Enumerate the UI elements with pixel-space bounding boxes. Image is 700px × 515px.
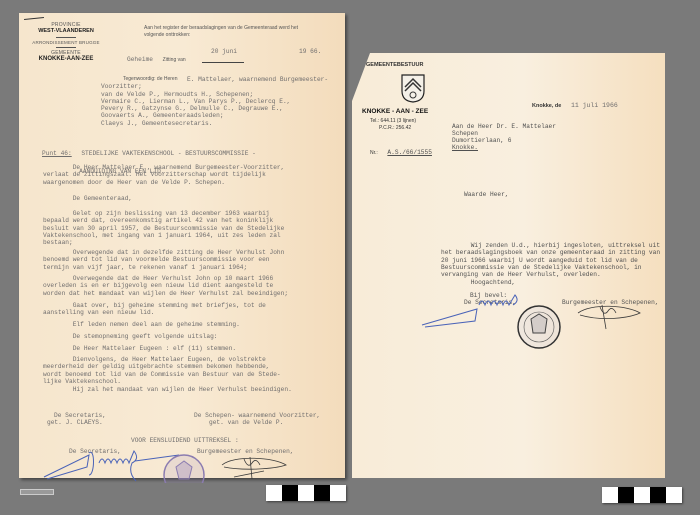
certified-copy-label: VOOR EENSLUIDEND UITTREKSEL :: [131, 437, 239, 444]
session-label: Zitting van: [163, 57, 186, 63]
body-paragraph-11: Hij zal het mandaat van wijlen de Heer V…: [43, 386, 292, 393]
letterhead: PROVINCIE WEST-VLAANDEREN ARRONDISSEMENT…: [21, 22, 111, 62]
body-paragraph-5: Overwegende dat de Heer Verhulst John op…: [43, 275, 288, 297]
body-paragraph-1: De Heer Mattelaer E., waarnemend Burgeme…: [43, 164, 284, 186]
body-paragraph-6: Gaat over, bij geheime stemming met brie…: [43, 302, 266, 317]
acting-chair-name: get. van de Velde P.: [209, 419, 283, 426]
council-extract-document: PROVINCIE WEST-VLAANDEREN ARRONDISSEMENT…: [19, 13, 345, 478]
mayor-signature-icon: [572, 303, 647, 333]
letterhead-town: KNOKKE - AAN - ZEE: [362, 108, 428, 115]
reference-number: Nr.: A.S./66/1555: [370, 141, 432, 159]
session-year: 19 66.: [299, 48, 321, 55]
salutation: Waarde Heer,: [464, 191, 509, 198]
pen-mark: [24, 17, 44, 20]
body-paragraph-8: De stemopneming geeft volgende uitslag:: [43, 333, 218, 340]
session-type: Geheime: [127, 56, 153, 63]
secretary-signature-icon: [39, 445, 179, 485]
recipient-city: Knokke.: [452, 144, 478, 151]
place-label: Knokke, de: [532, 103, 561, 109]
letter-body: Wij zenden U.d., hierbij ingesloten, uit…: [441, 242, 660, 278]
closing: Hoogachtend,: [441, 279, 515, 286]
session-line: Geheime Zitting van: [127, 48, 186, 66]
color-scale-bar-right: [602, 487, 682, 503]
official-stamp-icon: [515, 303, 563, 351]
reference-value: A.S./66/1555: [387, 149, 432, 156]
divider: [202, 62, 244, 63]
letterhead-phone: Tel.: 644.11 (3 lijnen): [370, 118, 416, 124]
letterhead-pcr: P.C.R.: 256.42: [379, 125, 411, 131]
place-date: Knokke, de 11 juli 1966: [532, 94, 618, 112]
body-paragraph-10: Dienvolgens, de Heer Mattelaer Eugeen, d…: [43, 356, 281, 385]
body-paragraph-3: Gelet op zijn beslissing van 13 december…: [43, 210, 284, 246]
body-paragraph-4: Overwegende dat in dezelfde zitting de H…: [43, 249, 284, 271]
reference-label: Nr.:: [370, 150, 378, 156]
body-paragraph-7: Elf leden nemen deel aan de geheime stem…: [43, 321, 240, 328]
body-paragraph-2: De Gemeenteraad,: [43, 195, 132, 202]
session-date: 20 juni: [211, 48, 237, 55]
letter-date: 11 juli 1966: [571, 102, 618, 109]
province-name: WEST-VLAANDEREN: [21, 28, 111, 34]
official-stamp-icon: [159, 453, 209, 483]
arrondissement: ARRONDISSEMENT BRUGGE: [21, 40, 111, 45]
cover-letter-document: GEMEENTEBESTUUR KNOKKE - AAN - ZEE Tel.:…: [352, 53, 665, 478]
town-name: KNOKKE-AAN-ZEE: [21, 56, 111, 62]
register-intro: Aan het register der beraadslagingen van…: [144, 25, 298, 38]
secretary-name: get. J. CLAEYS.: [47, 419, 103, 426]
present-members: E. Mattelaer, waarnemend Burgemeester- V…: [101, 76, 328, 127]
scale-ruler: [20, 489, 54, 495]
body-paragraph-9: De Heer Mattelaer Eugeen : elf (11) stem…: [43, 345, 236, 352]
coat-of-arms-icon: [400, 73, 426, 103]
mayor-signature-icon: [214, 453, 294, 481]
point-number: Punt 46:: [42, 150, 72, 157]
color-scale-bar-left: [266, 485, 346, 501]
letterhead-org: GEMEENTEBESTUUR: [366, 62, 423, 68]
